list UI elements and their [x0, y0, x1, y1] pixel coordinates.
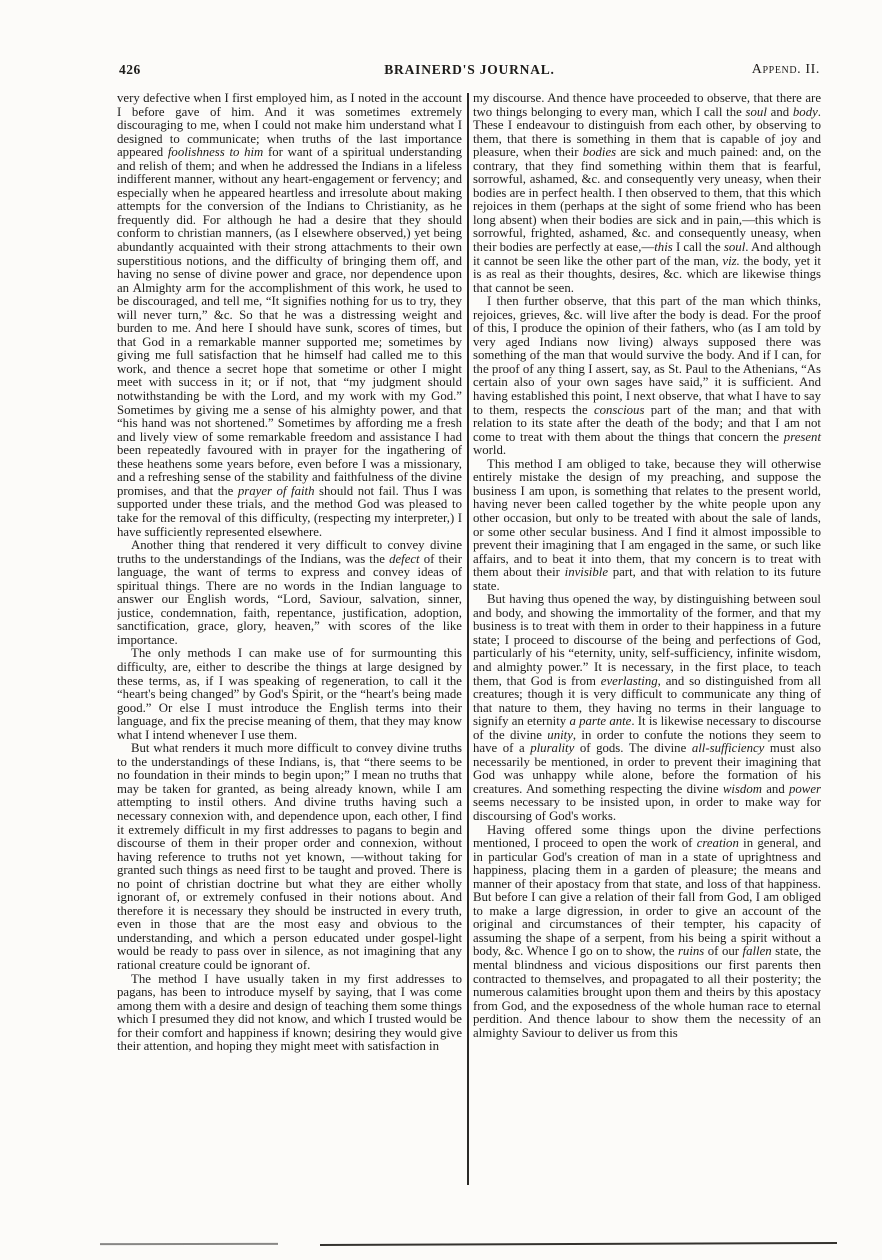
running-title: BRAINERD'S JOURNAL. [117, 62, 822, 78]
text-block: very defective when I first employed him… [117, 92, 822, 1187]
paragraph: my discourse. And thence have proceeded … [473, 92, 821, 295]
paragraph: But having thus opened the way, by disti… [473, 593, 821, 823]
paragraph: The only methods I can make use of for s… [117, 647, 462, 742]
right-column: my discourse. And thence have proceeded … [473, 92, 821, 1040]
left-column: very defective when I first employed him… [117, 92, 462, 1054]
scan-artifact-line [100, 1243, 278, 1245]
paragraph: Having offered some things upon the divi… [473, 824, 821, 1041]
scan-artifact-line [320, 1242, 837, 1246]
running-header: 426 BRAINERD'S JOURNAL. Append. II. [117, 62, 822, 80]
paragraph: Another thing that rendered it very diff… [117, 539, 462, 647]
paragraph: very defective when I first employed him… [117, 92, 462, 539]
column-divider-rule [467, 93, 469, 1185]
paragraph: I then further observe, that this part o… [473, 295, 821, 458]
appendix-label: Append. II. [752, 62, 820, 78]
book-page: 426 BRAINERD'S JOURNAL. Append. II. very… [0, 0, 882, 1260]
paragraph: The method I have usually taken in my fi… [117, 973, 462, 1054]
paragraph: This method I am obliged to take, becaus… [473, 458, 821, 593]
paragraph: But what renders it much more difficult … [117, 742, 462, 972]
